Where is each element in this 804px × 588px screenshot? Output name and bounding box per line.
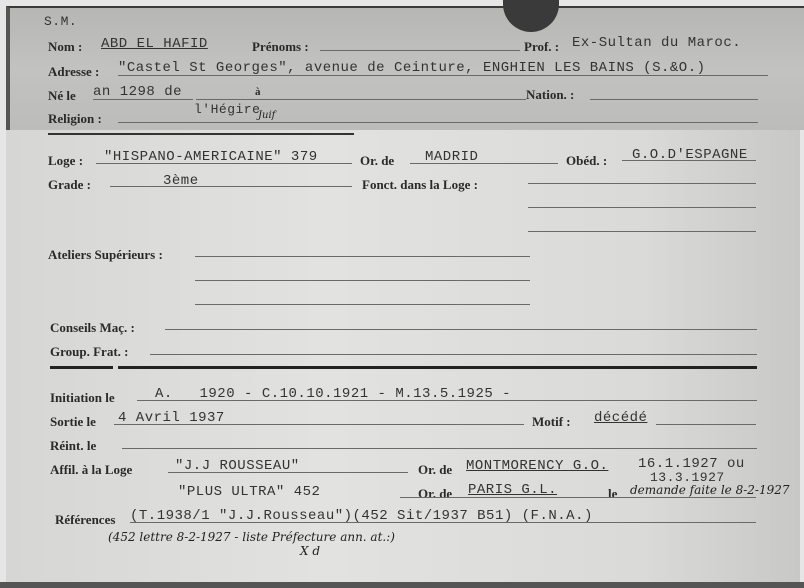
orient-line xyxy=(410,163,558,164)
affil-1-line xyxy=(168,472,408,473)
obed-label: Obéd. : xyxy=(566,153,607,169)
group-line xyxy=(150,354,757,355)
references-hand-note: (452 lettre 8-2-1927 - liste Préfecture … xyxy=(108,530,395,544)
section-top-rule xyxy=(48,133,354,135)
a-label: à xyxy=(255,86,261,98)
fonct-label: Fonct. dans la Loge : xyxy=(362,177,478,193)
affil-2-line xyxy=(400,497,756,498)
affil-1-orient: MONTMORENCY G.O. xyxy=(466,458,608,474)
hegire-value: l'Hégire xyxy=(194,102,260,117)
references-line xyxy=(130,522,756,523)
motif-line xyxy=(656,424,756,425)
affil-2-hand-note: demande faite le 8-2-1927 xyxy=(630,483,790,497)
religion-note: Juif xyxy=(258,110,275,121)
nom-value: ABD EL HAFID xyxy=(101,36,208,52)
conseils-line xyxy=(165,329,757,330)
group-label: Group. Frat. : xyxy=(50,344,128,360)
prenoms-label: Prénoms : xyxy=(252,39,309,55)
affil-label: Affil. à la Loge xyxy=(50,462,132,478)
prof-label: Prof. : xyxy=(524,39,559,55)
sortie-line xyxy=(114,424,524,425)
prof-value: Ex-Sultan du Maroc. xyxy=(572,35,741,51)
fonct-line-3 xyxy=(528,231,756,232)
ateliers-line-3 xyxy=(195,304,530,305)
affil-2-le: le xyxy=(608,486,617,502)
ateliers-line-1 xyxy=(195,256,530,257)
references-label: Références xyxy=(55,512,115,528)
separator-rule-short xyxy=(50,366,113,369)
conseils-label: Conseils Maç. : xyxy=(50,320,135,336)
ne-value: an 1298 de xyxy=(93,84,182,100)
card-code: S.M. xyxy=(44,14,77,29)
ne-label: Né le xyxy=(48,88,76,104)
reint-line xyxy=(122,448,757,449)
ateliers-line-2 xyxy=(195,280,530,281)
adresse-line xyxy=(118,75,768,76)
affil-2-orient: PARIS G.L. xyxy=(468,482,557,498)
obed-line xyxy=(622,160,756,161)
religion-line xyxy=(118,122,758,123)
loge-label: Loge : xyxy=(48,153,83,169)
religion-label: Religion : xyxy=(48,111,102,127)
orient-label: Or. de xyxy=(360,153,394,169)
prenoms-line xyxy=(320,50,520,51)
nom-label: Nom : xyxy=(48,39,82,55)
references-hand-mark: X d xyxy=(300,544,320,558)
ateliers-label: Ateliers Supérieurs : xyxy=(48,247,163,263)
fonct-line-1 xyxy=(528,183,756,184)
reint-label: Réint. le xyxy=(50,438,96,454)
lieu-line xyxy=(196,99,526,100)
card-bottom-edge xyxy=(0,582,804,588)
affil-2-orient-label: Or. de xyxy=(418,486,452,502)
affil-2-loge: "PLUS ULTRA" 452 xyxy=(178,484,320,500)
ne-line xyxy=(93,99,193,100)
grade-line xyxy=(110,186,352,187)
loge-line xyxy=(96,163,352,164)
nation-line xyxy=(590,99,758,100)
grade-label: Grade : xyxy=(48,177,91,193)
affil-1-orient-label: Or. de xyxy=(418,462,452,478)
adresse-label: Adresse : xyxy=(48,64,99,80)
initiation-label: Initiation le xyxy=(50,390,115,406)
motif-value: décédé xyxy=(594,410,647,426)
separator-rule-long xyxy=(118,366,757,369)
fonct-line-2 xyxy=(528,207,756,208)
adresse-value: "Castel St Georges", avenue de Ceinture,… xyxy=(118,60,706,76)
nation-label: Nation. : xyxy=(526,87,574,103)
motif-label: Motif : xyxy=(532,414,571,430)
sortie-label: Sortie le xyxy=(50,414,96,430)
initiation-line xyxy=(137,400,757,401)
